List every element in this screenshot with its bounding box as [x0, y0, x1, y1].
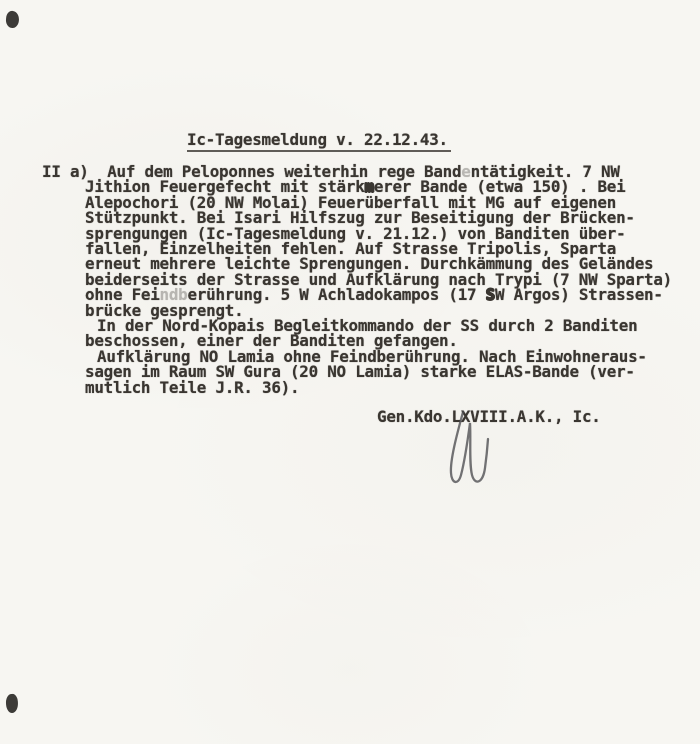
overtyped-text-segment: S	[486, 285, 495, 304]
scan-artifact-top-left	[5, 10, 20, 28]
report-body: II a) Auf dem Peloponnes weiterhin rege …	[42, 164, 672, 395]
faded-text-segment: ndb	[160, 285, 188, 304]
report-line: mutlich Teile J.R. 36).	[42, 380, 672, 395]
report-title: Ic-Tagesmeldung v. 22.12.43.	[187, 130, 451, 152]
faded-text-segment: e	[461, 162, 470, 181]
scan-artifact-bottom-left	[5, 694, 19, 714]
text-segment: W Argos) Strassen-	[495, 285, 663, 304]
text-segment: mutlich Teile J.R. 36).	[85, 378, 299, 397]
scanned-report-page: Ic-Tagesmeldung v. 22.12.43. II a) Auf d…	[0, 0, 700, 744]
handwritten-signature	[441, 410, 503, 498]
